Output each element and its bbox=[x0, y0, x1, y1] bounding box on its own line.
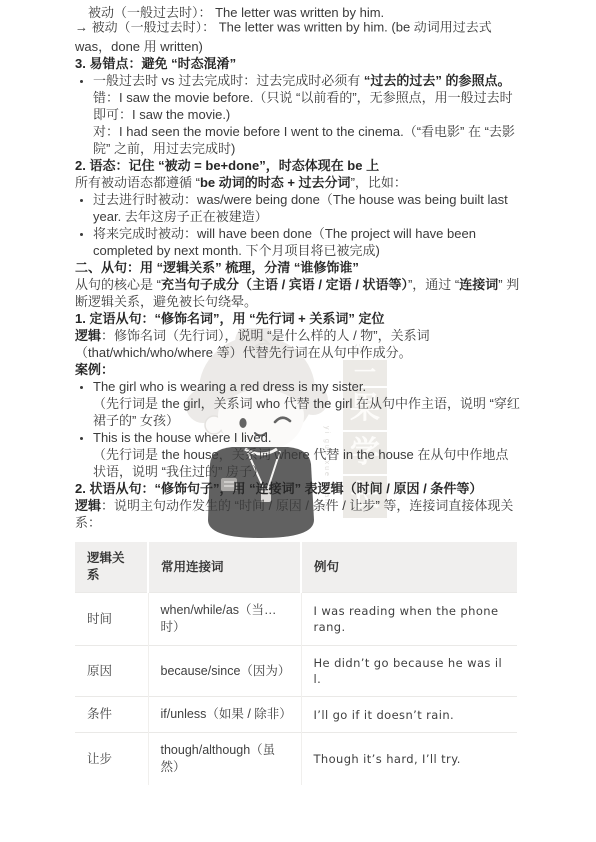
document-page: 公 一 果 学 长 yi guo xue zhang 被动（一般过去时）： Th… bbox=[0, 0, 596, 842]
table-cell-example: Though it’s hard, I’ll try. bbox=[301, 733, 517, 786]
list-item: 将来完成时被动：will have been done（The project … bbox=[93, 225, 520, 259]
list-item-bold: 的参照点。 bbox=[442, 73, 511, 88]
text-segment: ：说明主句动作发生的 “时间 / 原因 / 条件 / 让步” 等，连接词直接体现… bbox=[75, 498, 513, 530]
table-cell-conjunctions: if/unless（如果 / 除非） bbox=[148, 697, 301, 733]
case-list: The girl who is wearing a red dress is m… bbox=[75, 378, 520, 480]
heading-voice: 2. 语态：记住 “被动 = be+done”，时态体现在 be 上 bbox=[75, 157, 520, 174]
heading-clauses: 二、从句：用 “逻辑关系” 梳理，分清 “谁修饰谁” bbox=[75, 259, 520, 276]
table-row: 时间 when/while/as（当…时） I was reading when… bbox=[75, 593, 517, 646]
list-item-bold: “过去的过去” bbox=[364, 73, 442, 88]
paragraph-passive-example: 被动（一般过去时）： The letter was written by him… bbox=[75, 4, 520, 21]
table-cell-conjunctions: because/since（因为） bbox=[148, 646, 301, 697]
list-item: The girl who is wearing a red dress is m… bbox=[93, 378, 520, 429]
case-sentence: The girl who is wearing a red dress is m… bbox=[93, 378, 520, 395]
list-item: This is the house where I lived. （先行词是 t… bbox=[93, 429, 520, 480]
table-cell-relation: 原因 bbox=[75, 646, 148, 697]
text-segment: ”，比如： bbox=[351, 175, 407, 190]
table-cell-conjunctions: though/although（虽然） bbox=[148, 733, 301, 786]
table-row: 原因 because/since（因为） He didn’t go becaus… bbox=[75, 646, 517, 697]
bold-segment: 连接词 bbox=[459, 277, 498, 292]
paragraph-passive-example-cont: was，done 用 written) bbox=[75, 38, 520, 55]
paragraph-attributive-logic: 逻辑：修饰名词（先行词），说明 “是什么样的人 / 物”，关系词（that/wh… bbox=[75, 327, 520, 361]
bold-segment: be 动词的时态 + 过去分词 bbox=[200, 175, 351, 190]
table-row: 让步 though/although（虽然） Though it’s hard,… bbox=[75, 733, 517, 786]
column-header-conjunctions: 常用连接词 bbox=[148, 542, 301, 593]
table-cell-example: I’ll go if it doesn’t rain. bbox=[301, 697, 517, 733]
paragraph-passive-example-clipped: → 被动（一般过去时）： The letter was written by h… bbox=[75, 21, 520, 36]
paragraph-voice-rule: 所有被动语态都遵循 “be 动词的时态 + 过去分词”，比如： bbox=[75, 174, 520, 191]
paragraph-clauses-core: 从句的核心是 “充当句子成分（主语 / 宾语 / 定语 / 状语等）”，通过 “… bbox=[75, 276, 520, 310]
list-item: 过去进行时被动：was/were being done（The house wa… bbox=[93, 191, 520, 225]
column-header-relation: 逻辑关系 bbox=[75, 542, 148, 593]
case-explanation: （先行词是 the girl，关系词 who 代替 the girl 在从句中作… bbox=[93, 395, 520, 429]
heading-attributive: 1. 定语从句：“修饰名词”，用 “先行词 + 关系词” 定位 bbox=[75, 310, 520, 327]
clipped-line-text: → 被动（一般过去时）： The letter was written by h… bbox=[75, 21, 520, 36]
table-cell-relation: 时间 bbox=[75, 593, 148, 646]
text-segment: 所有被动语态都遵循 “ bbox=[75, 175, 200, 190]
example-wrong: 错：I saw the movie before.（只说 “以前看的”，无参照点… bbox=[93, 89, 520, 123]
bold-segment: 逻辑 bbox=[75, 498, 101, 513]
column-header-example: 例句 bbox=[301, 542, 517, 593]
table-row: 条件 if/unless（如果 / 除非） I’ll go if it does… bbox=[75, 697, 517, 733]
table-cell-relation: 让步 bbox=[75, 733, 148, 786]
example-right: 对：I had seen the movie before I went to … bbox=[93, 123, 520, 157]
table-header-row: 逻辑关系 常用连接词 例句 bbox=[75, 542, 517, 593]
table-cell-example: I was reading when the phone rang. bbox=[301, 593, 517, 646]
heading-adverbial: 2. 状语从句：“修饰句子”，用 “连接词” 表逻辑（时间 / 原因 / 条件等… bbox=[75, 480, 520, 497]
bold-segment: 充当句子成分（主语 / 宾语 / 定语 / 状语等） bbox=[161, 277, 408, 292]
document-content: 被动（一般过去时）： The letter was written by him… bbox=[75, 4, 520, 785]
table-cell-example: He didn’t go because he was ill. bbox=[301, 646, 517, 697]
heading-mistakes: 3. 易错点：避免 “时态混淆” bbox=[75, 55, 520, 72]
list-item: 一般过去时 vs 过去完成时：过去完成时必须有 “过去的过去” 的参照点。 错：… bbox=[93, 72, 520, 157]
text-segment: ”，通过 “ bbox=[408, 277, 459, 292]
bold-segment: 逻辑 bbox=[75, 328, 101, 343]
text-segment: ：修饰名词（先行词），说明 “是什么样的人 / 物”，关系词（that/whic… bbox=[75, 328, 430, 360]
text-segment: 从句的核心是 “ bbox=[75, 277, 161, 292]
mistake-list: 一般过去时 vs 过去完成时：过去完成时必须有 “过去的过去” 的参照点。 错：… bbox=[75, 72, 520, 157]
table-cell-relation: 条件 bbox=[75, 697, 148, 733]
paragraph-adverbial-logic: 逻辑：说明主句动作发生的 “时间 / 原因 / 条件 / 让步” 等，连接词直接… bbox=[75, 497, 520, 531]
case-sentence: This is the house where I lived. bbox=[93, 429, 520, 446]
table-cell-conjunctions: when/while/as（当…时） bbox=[148, 593, 301, 646]
voice-list: 过去进行时被动：was/were being done（The house wa… bbox=[75, 191, 520, 259]
list-item-text: 一般过去时 vs 过去完成时：过去完成时必须有 bbox=[93, 73, 364, 88]
conjunction-table: 逻辑关系 常用连接词 例句 时间 when/while/as（当…时） I wa… bbox=[75, 542, 517, 785]
heading-cases: 案例： bbox=[75, 361, 520, 378]
case-explanation: （先行词是 the house，关系词 where 代替 in the hous… bbox=[93, 446, 520, 480]
